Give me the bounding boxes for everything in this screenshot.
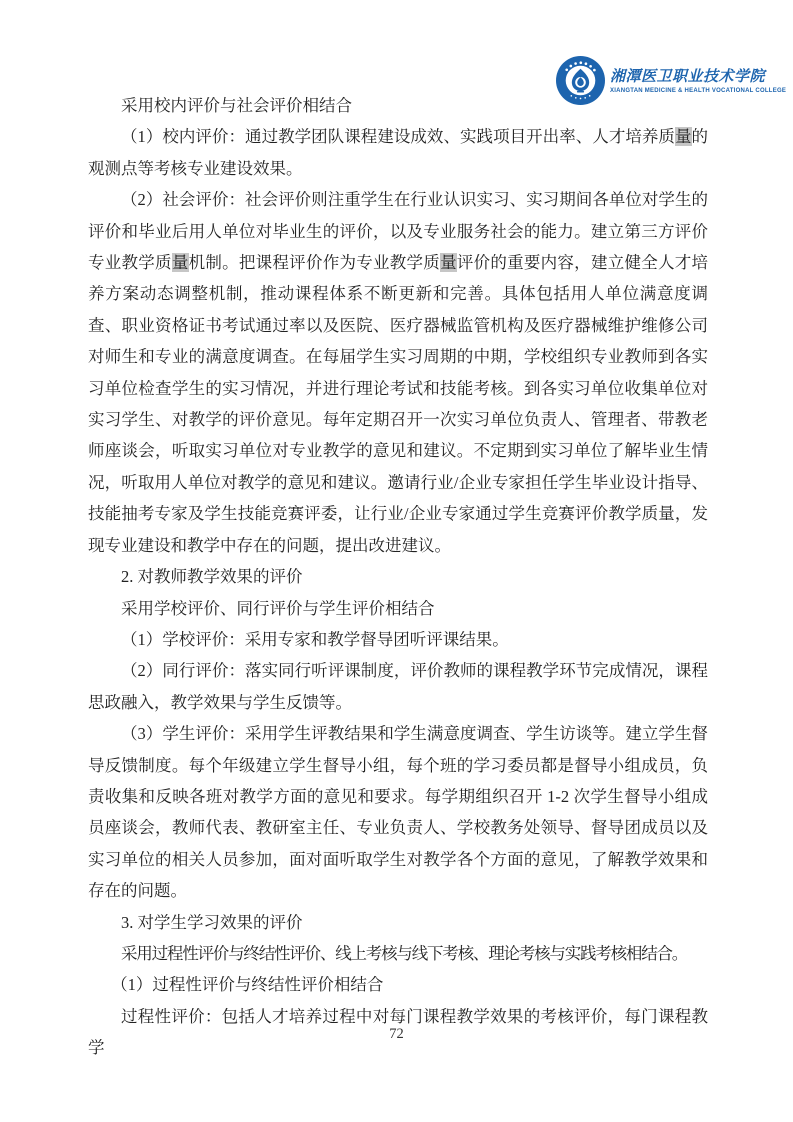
- text-run: 采用校内评价与社会评价相结合: [121, 96, 352, 115]
- text-run: （2）同行评价：落实同行听评课制度，评价教师的课程教学环节完成情况，课程思政融入…: [88, 661, 708, 711]
- paragraph: 3. 对学生学习效果的评价: [88, 907, 708, 938]
- text-run: （3）学生评价：采用学生评教结果和学生满意度调查、学生访谈等。建立学生督导反馈制…: [88, 724, 708, 900]
- paragraph: （1）校内评价：通过教学团队课程建设成效、实践项目开出率、人才培养质量的观测点等…: [88, 121, 708, 184]
- highlighted-character: 量: [675, 127, 692, 146]
- highlighted-character: 量: [172, 253, 189, 272]
- paragraph: （2）同行评价：落实同行听评课制度，评价教师的课程教学环节完成情况，课程思政融入…: [88, 655, 708, 718]
- text-run: （1）过程性评价与终结性评价相结合: [111, 975, 383, 994]
- text-run: 机制。把课程评价作为专业教学质: [189, 253, 440, 272]
- page-number: 72: [0, 1026, 793, 1043]
- text-run: 采用学校评价、同行评价与学生评价相结合: [121, 599, 435, 618]
- college-name-zh: 湘潭医卫职业技术学院: [610, 67, 786, 87]
- text-run: 采用过程性评价与终结性评价、线上考核与线下考核、理论考核与实践考核相结合。: [121, 944, 687, 963]
- highlighted-character: 量: [440, 253, 457, 272]
- text-run: 2. 对教师教学效果的评价: [121, 567, 303, 586]
- text-run: 评价的重要内容，建立健全人才培养方案动态调整机制，推动课程体系不断更新和完善。具…: [88, 253, 708, 555]
- text-run: （1）校内评价：通过教学团队课程建设成效、实践项目开出率、人才培养质: [121, 127, 675, 146]
- paragraph: 2. 对教师教学效果的评价: [88, 561, 708, 592]
- paragraph: （1）过程性评价与终结性评价相结合: [88, 969, 708, 1000]
- paragraph: （3）学生评价：采用学生评教结果和学生满意度调查、学生访谈等。建立学生督导反馈制…: [88, 718, 708, 906]
- paragraph: 采用学校评价、同行评价与学生评价相结合: [88, 593, 708, 624]
- paragraph: （2）社会评价：社会评价则注重学生在行业认识实习、实习期间各单位对学生的评价和毕…: [88, 184, 708, 561]
- document-page: 湘潭医卫职业技术学院 XIANGTAN MEDICINE & HEALTH VO…: [0, 0, 793, 1122]
- text-run: 3. 对学生学习效果的评价: [121, 913, 303, 932]
- paragraph: 采用过程性评价与终结性评价、线上考核与线下考核、理论考核与实践考核相结合。: [88, 938, 708, 969]
- text-run: （1）学校评价：采用专家和教学督导团听评课结果。: [121, 630, 509, 649]
- paragraph: 采用校内评价与社会评价相结合: [88, 90, 708, 121]
- paragraph: （1）学校评价：采用专家和教学督导团听评课结果。: [88, 624, 708, 655]
- document-body: 采用校内评价与社会评价相结合（1）校内评价：通过教学团队课程建设成效、实践项目开…: [88, 90, 708, 1064]
